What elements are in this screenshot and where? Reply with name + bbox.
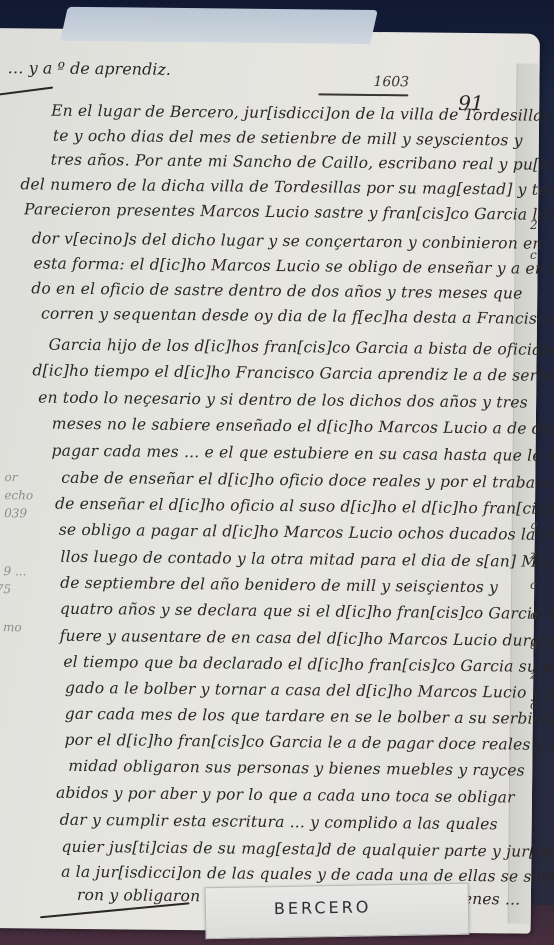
- text-line: dar y cumplir esta escritura ... y compl…: [60, 811, 498, 834]
- text-line: corren y sequentan desde oy dia de la f[…: [41, 305, 554, 328]
- text-line: el tiempo que ba declarado el d[ic]ho fr…: [63, 653, 554, 677]
- margin-note: c: [530, 570, 554, 600]
- text-line: midad obligaron sus personas y bienes mu…: [68, 757, 525, 780]
- text-line: gar cada mes de los que tardare en se le…: [65, 705, 554, 728]
- margin-note: ... echo: [0, 486, 49, 505]
- margin-note: c: [530, 240, 554, 270]
- margin-note: z: [530, 540, 554, 570]
- text-line: cabe de enseñar el d[ic]ho oficio doce r…: [61, 469, 554, 492]
- text-line: esta forma: el d[ic]ho Marcos Lucio se o…: [33, 254, 554, 278]
- text-line: en todo lo neçesario y si dentro de los …: [38, 388, 528, 411]
- margin-note: ... 9 ... 975: [0, 562, 48, 599]
- text-line: por el d[ic]ho fran[cis]co Garcia le a d…: [64, 731, 554, 755]
- text-line: quier jus[ti]cias de su mag[esta]d de qu…: [61, 838, 554, 863]
- text-line: llos luego de contado y la otra mitad pa…: [60, 548, 554, 571]
- text-line: d[ic]ho tiempo el d[ic]ho Francisco Garc…: [32, 361, 554, 385]
- margin-note: q: [530, 510, 554, 540]
- margin-note: z: [530, 660, 554, 690]
- archive-label: BERCERO: [205, 883, 470, 940]
- text-line: abidos y por aber y por lo que a cada un…: [56, 784, 515, 807]
- margin-note: ... mo: [0, 618, 48, 637]
- text-line: gado a le bolber y tornar a casa del d[i…: [65, 679, 554, 702]
- margin-note: a: [530, 630, 554, 660]
- text-line: pagar cada mes ... e el que estubiere en…: [51, 442, 554, 465]
- text-line: tres años. Por ante mi Sancho de Caillo,…: [51, 151, 554, 175]
- margin-note: c: [530, 690, 554, 720]
- text-line: fuere y ausentare de en casa del d[ic]ho…: [60, 627, 554, 650]
- text-line: dor v[ecino]s del dicho lugar y se conçe…: [32, 229, 543, 252]
- left-margin-notes: ... or ... echo ... 039 ... 9 ... 975 ..…: [0, 468, 49, 637]
- manuscript-photo: … y a º de aprendiz. 1603 91 En el lugar…: [0, 0, 554, 945]
- archive-label-text: BERCERO: [274, 897, 372, 918]
- text-line: quatro años y se declara que si el d[ic]…: [60, 600, 554, 624]
- margin-note: ... or: [0, 468, 49, 487]
- text-line: a la jur[isdicci]on de las quales y de c…: [61, 863, 554, 887]
- text-line: do en el oficio de sastre dentro de dos …: [31, 279, 522, 302]
- text-line: se obligo a pagar al d[ic]ho Marcos Luci…: [59, 521, 554, 545]
- margin-note: ... 039: [0, 504, 49, 523]
- text-line: En el lugar de Bercero, jur[isdicci]on d…: [51, 102, 554, 126]
- text-line: te y ocho dias del mes de setienbre de m…: [53, 127, 523, 150]
- margin-note: 2: [530, 210, 554, 240]
- text-line: de enseñar el d[ic]ho oficio al suso d[i…: [55, 495, 554, 520]
- right-margin-notes: 2 c q z c o a z c: [530, 210, 554, 720]
- text-line: meses no le sabiere enseñado el d[ic]ho …: [52, 415, 554, 438]
- manuscript-page: … y a º de aprendiz. 1603 91 En el lugar…: [0, 28, 540, 934]
- manuscript-body: En el lugar de Bercero, jur[isdicci]on d…: [0, 28, 540, 934]
- text-line: Garcia hijo de los d[ic]hos fran[cis]co …: [49, 336, 554, 360]
- text-line: del numero de la dicha villa de Tordesil…: [20, 175, 554, 199]
- margin-note: o: [530, 600, 554, 630]
- text-line: Parecieron presentes Marcos Lucio sastre…: [24, 200, 554, 224]
- text-line: de septiembre del año benidero de mill y…: [60, 574, 498, 597]
